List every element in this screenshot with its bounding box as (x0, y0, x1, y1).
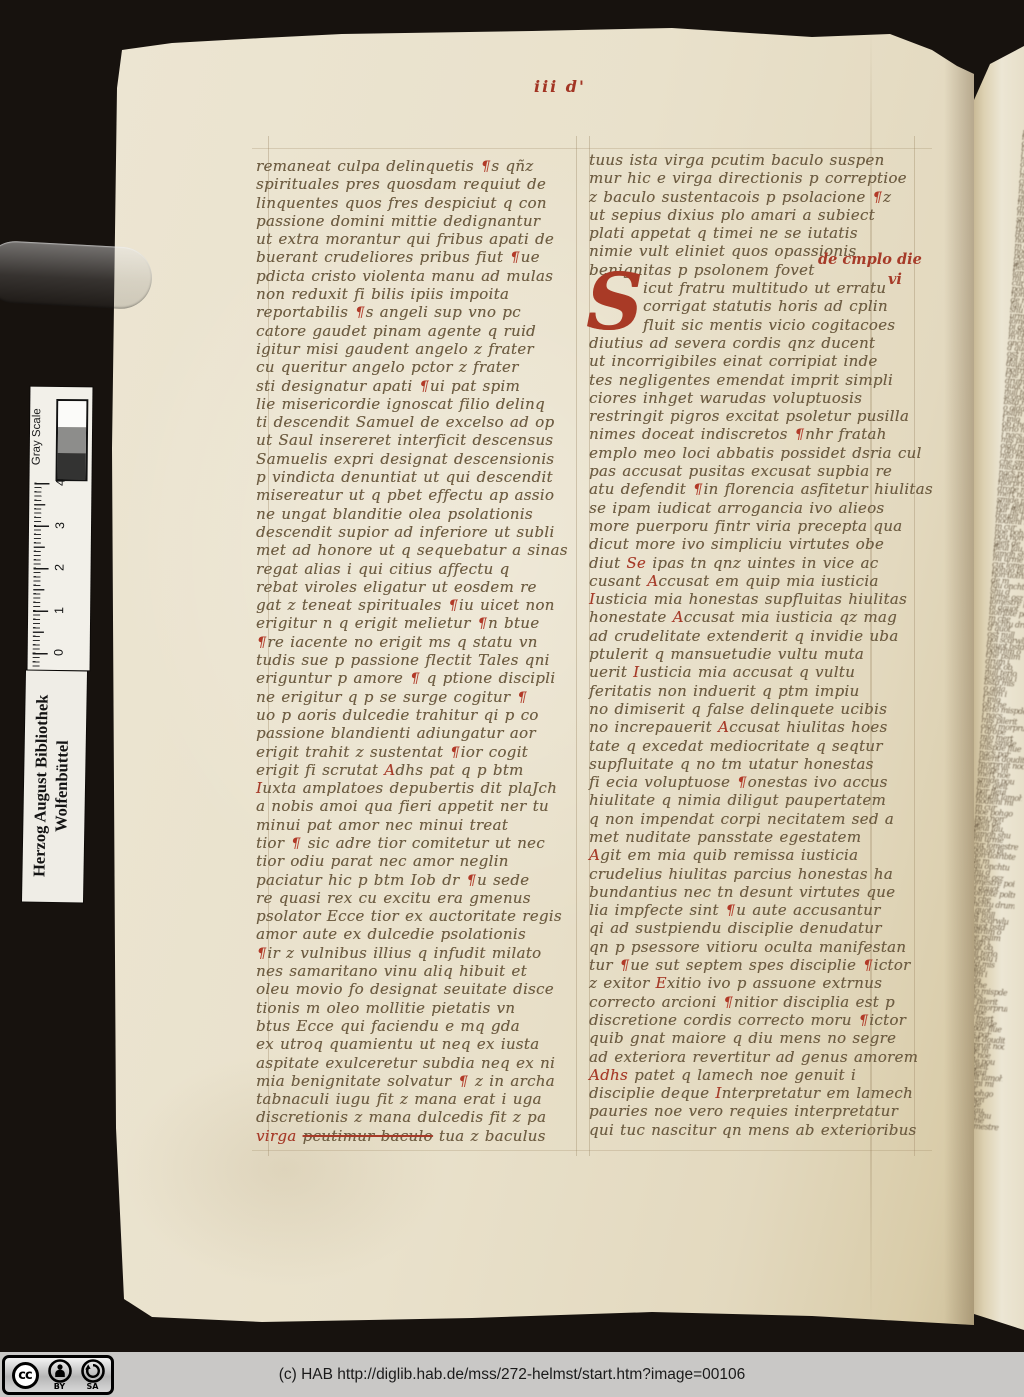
manuscript-line: psolator Ecce tior ex auctoritate regis (256, 907, 580, 925)
ruler-number: 3 (53, 516, 68, 533)
manuscript-line: discretionis z mana dulcedis fit z pa (256, 1108, 580, 1126)
manuscript-line: erigit fi scrutat Adhs pat q p btm (256, 761, 580, 779)
rubricated-text: A (384, 761, 395, 779)
manuscript-line: rebat viroles eligatur ut eosdem re (256, 578, 580, 596)
manuscript-line: fi ecia voluptuose ¶onestas ivo accus (589, 773, 913, 791)
manuscript-line: atu defendit ¶in florencia asfitetur hiu… (589, 480, 913, 498)
library-label: Herzog August Bibliothek Wolfenbüttel (22, 670, 87, 902)
manuscript-line: Agit em mia quib remissa iusticia (589, 846, 913, 864)
manuscript-line: no dimiserit q false delinquete ucibis (589, 700, 913, 718)
manuscript-line: correcto arcioni ¶nitior disciplia est p (589, 993, 913, 1011)
manuscript-line: igitur misi gaudent angelo z frater (256, 340, 580, 358)
manuscript-line: nimes doceat indiscretos ¶nhr fratah (589, 425, 913, 443)
manuscript-line: feritatis non induerit q ptm impiu (589, 682, 913, 700)
manuscript-line: re quasi rex cu excitu era gmenus (256, 889, 580, 907)
manuscript-line: ne erigitur q p se surge cogitur ¶ (256, 688, 580, 706)
manuscript-line: amor aute ex dulcedie psolationis (256, 925, 580, 943)
paragraph-mark: ¶ (256, 946, 267, 962)
paragraph-mark: ¶ (477, 616, 488, 632)
manuscript-line: z baculo sustentacois p psolacione ¶z (589, 188, 913, 206)
paragraph-mark: ¶ (457, 1074, 468, 1090)
rubricated-text: A (673, 608, 684, 626)
manuscript-line: ne ungat blanditie olea psolationis (256, 505, 580, 523)
rubricated-text: I (256, 779, 262, 797)
manuscript-line: mia benignitate solvatur ¶ z in archa (256, 1072, 580, 1090)
manuscript-line: quib gnat maiore q diu mens no segre (589, 1029, 913, 1047)
manuscript-line: cusant Accusat em quip mia iusticia (589, 572, 913, 590)
manuscript-line: buerant crudeliores pribus fiut ¶ue (256, 248, 580, 266)
manuscript-line: nes samaritano vinu aliq hibuit et (256, 962, 580, 980)
manuscript-line: Samuelis expri designat descensionis (256, 450, 580, 468)
ruler-number: 0 (52, 644, 67, 661)
paragraph-mark: ¶ (858, 1013, 869, 1029)
manuscript-line: diut Se ipas tn qnz uintes in vice ac (589, 554, 913, 572)
struck-text: pcutimur baculo (303, 1127, 433, 1145)
manuscript-line: ut incorrigibiles einat corripiat inde (589, 352, 913, 370)
manuscript-line: ad crudelitate extenderit q invidie uba (589, 627, 913, 645)
paragraph-mark: ¶ (449, 745, 460, 761)
manuscript-line: ti descendit Samuel de excelso ad op (256, 413, 580, 431)
manuscript-line: ptulerit q mansuetudie vultu muta (589, 645, 913, 663)
paragraph-mark: ¶ (872, 190, 883, 206)
manuscript-line: tionis m oleo mollitie pietatis vn (256, 999, 580, 1017)
grayscale-patch (55, 399, 88, 481)
manuscript-line: qui tuc nascitur qn mens ab exterioribus (589, 1121, 913, 1139)
cc-sa-arrow-icon (81, 1359, 105, 1383)
paragraph-mark: ¶ (692, 482, 703, 498)
manuscript-line: linquentes quos fres despiciut q con (256, 194, 580, 212)
rubricated-text: A (589, 846, 600, 864)
manuscript-line: dicut more ivo simpliciu virtutes obe (589, 535, 913, 553)
rubricated-text: I (715, 1084, 721, 1102)
manuscript-line: disciplie deque Interpretatur em lamech (589, 1084, 913, 1102)
manuscript-line: tate q excedat mediocritate q seqtur (589, 737, 913, 755)
illuminated-initial: S (586, 268, 642, 338)
manuscript-line: q non impendat corpi necitatem sed a (589, 810, 913, 828)
manuscript-line: crudelius hiulitas parcius honestas ha (589, 865, 913, 883)
manuscript-line: p vindicta denuntiat ut qui descendit (256, 468, 580, 486)
manuscript-line: met ad honore ut q sequebatur a sinas (256, 541, 580, 559)
paragraph-mark: ¶ (516, 690, 527, 706)
manuscript-line: catore gaudet pinam agente q ruid (256, 322, 580, 340)
ruler-number: 2 (53, 559, 68, 576)
manuscript-line: se ipam iudicat arrogancia ivo alieos (589, 499, 913, 517)
manuscript-line: ¶re iacente no erigit ms q statu vn (256, 633, 580, 651)
patch-gray (58, 427, 86, 453)
manuscript-line: reportabilis ¶s angeli sup vno pc (256, 303, 580, 321)
grayscale-ruler: Gray Scale 43210 (28, 387, 93, 671)
license-url: (c) HAB http://diglib.hab.de/mss/272-hel… (0, 1352, 1024, 1397)
rubricated-text: Adhs (589, 1066, 628, 1084)
manuscript-line: Iuxta amplatoes depubertis dit plaJch (256, 779, 580, 797)
manuscript-line: hiulitate q nimia diligut paupertatem (589, 791, 913, 809)
manuscript-line: btus Ecce qui faciendu e mq gda (256, 1017, 580, 1035)
paragraph-mark: ¶ (480, 159, 491, 175)
manuscript-line: tabnaculi iugu fit z mana erat i uga (256, 1090, 580, 1108)
manuscript-line: non reduxit fi bilis ipiis impoita (256, 285, 580, 303)
ruler-ticks-cm (33, 483, 50, 658)
ruling-line (914, 136, 915, 1156)
next-page-text-row: cur lomestre (974, 1122, 999, 1131)
margin-rubric-numeral: vi (888, 271, 902, 288)
rubricated-text: A (647, 572, 658, 590)
rubricated-text: E (656, 974, 667, 992)
manuscript-line: regat alias i qui citius affectu q (256, 560, 580, 578)
paragraph-mark: ¶ (418, 379, 429, 395)
manuscript-line: mur hic e virga directionis p correptioe (589, 169, 913, 187)
manuscript-line: qi ad sustpiendu disciplie denudatur (589, 919, 913, 937)
ruler-number: 4 (53, 474, 68, 491)
library-label-text: Herzog August Bibliothek Wolfenbüttel (28, 672, 82, 901)
paragraph-mark: ¶ (290, 836, 301, 852)
manuscript-line: z exitor Exitio ivo p assuone extrnus (589, 974, 913, 992)
manuscript-line: eriguntur p amore ¶ q ptione discipli (256, 669, 580, 687)
rubricated-text: I (633, 663, 639, 681)
paragraph-mark: ¶ (619, 958, 630, 974)
manuscript-line: tior ¶ sic adre tior comitetur ut nec (256, 834, 580, 852)
paragraph-mark: ¶ (862, 958, 873, 974)
next-page-text-texture: pslim ii mloob cheterlo mispdei nacsmis … (974, 130, 1024, 1176)
manuscript-line: cu queritur angelo pctor z frater (256, 358, 580, 376)
manuscript-line: ciores inhget warudas voluptuosis (589, 389, 913, 407)
manuscript-scan-viewer: iii d' remaneat culpa delinquetis ¶s qñz… (0, 0, 1024, 1397)
margin-rubric: de cmplo die (818, 251, 922, 268)
manuscript-line: tuus ista virga pcutim baculo suspen (589, 151, 913, 169)
cc-by-label: BY (54, 1383, 65, 1391)
text-column-left: remaneat culpa delinquetis ¶s qñzspiritu… (256, 157, 580, 1145)
manuscript-line: discretione cordis correcto moru ¶ictor (589, 1011, 913, 1029)
manuscript-line: ut Saul insereret interficit descensus (256, 431, 580, 449)
paragraph-mark: ¶ (448, 598, 459, 614)
paragraph-mark: ¶ (466, 873, 477, 889)
manuscript-line: remaneat culpa delinquetis ¶s qñz (256, 157, 580, 175)
paragraph-mark: ¶ (725, 903, 736, 919)
manuscript-line: more puerporu fintr viria precepta qua (589, 517, 913, 535)
manuscript-line: pdicta cristo violenta manu ad mulas (256, 267, 580, 285)
manuscript-line: ad exteriora revertitur ad genus amorem (589, 1048, 913, 1066)
library-name: Herzog August Bibliothek (28, 672, 53, 900)
patch-white (58, 401, 86, 427)
manuscript-line: paciatur hic p btm Iob dr ¶u sede (256, 871, 580, 889)
next-page-edge: pslim ii mloob cheterlo mispdei nacsmis … (974, 30, 1024, 1330)
manuscript-line: virga pcutimur baculo tua z baculus (256, 1127, 580, 1145)
manuscript-line: passione domini mittie dedignantur (256, 212, 580, 230)
manuscript-line: gat z teneat spirituales ¶iu uicet non (256, 596, 580, 614)
rubricated-text: virga (256, 1127, 297, 1145)
manuscript-line: uerit Iusticia mia accusat q vultu (589, 663, 913, 681)
manuscript-line: tes negligentes emendat imprit simpli (589, 371, 913, 389)
cc-by-item: BY (48, 1359, 72, 1391)
manuscript-line: honestate Accusat mia iusticia qz mag (589, 608, 913, 626)
manuscript-line: descendit supior ad inferiore ut subli (256, 523, 580, 541)
library-city: Wolfenbüttel (49, 672, 74, 900)
manuscript-line: minui pat amor nec minui treat (256, 816, 580, 834)
manuscript-line: lie misericordie ignoscat filio delinq (256, 395, 580, 413)
grayscale-label: Gray Scale (30, 391, 48, 483)
gutter-shadow (944, 28, 974, 1325)
manuscript-line: pas accusat pusitas excusat supbia re (589, 462, 913, 480)
cc-sa-item: SA (81, 1359, 105, 1391)
ruling-line (252, 148, 932, 149)
cc-sa-label: SA (87, 1383, 99, 1391)
cc-logo-icon: cc (12, 1362, 39, 1389)
cc-by-person-icon (48, 1359, 72, 1383)
manuscript-line: tur ¶ue sut septem spes disciplie ¶ictor (589, 956, 913, 974)
manuscript-line: oleu movio fo designat seuitate disce (256, 980, 580, 998)
manuscript-line: qn p psessore vitioru oculta manifestan (589, 938, 913, 956)
manuscript-line: ut sepius dixius plo amari a subiect (589, 206, 913, 224)
manuscript-line: sti designatur apati ¶ui pat spim (256, 377, 580, 395)
manuscript-line: Adhs patet q lamech noe genuit i (589, 1066, 913, 1084)
manuscript-line: supfluitate q no tm utatur honestas (589, 755, 913, 773)
manuscript-line: tior odiu parat nec amor neglin (256, 852, 580, 870)
footer-bar: (c) HAB http://diglib.hab.de/mss/272-hel… (0, 1352, 1024, 1397)
manuscript-line: ¶ir z vulnibus illius q infudit milato (256, 944, 580, 962)
manuscript-line: plati appetat q timei ne se iutatis (589, 224, 913, 242)
manuscript-line: no increpauerit Accusat hiulitas hoes (589, 718, 913, 736)
rubricated-text: I (589, 590, 595, 608)
manuscript-line: uo p aoris dulcedie trahitur qi p co (256, 706, 580, 724)
ruler-numbers: 43210 (30, 387, 92, 388)
paragraph-mark: ¶ (736, 775, 747, 791)
manuscript-line: aspitate exulceretur subdia neq ex ni (256, 1054, 580, 1072)
manuscript-line: erigitur n q erigit melietur ¶n btue (256, 614, 580, 632)
manuscript-line: met nuditate pansstate egestatem (589, 828, 913, 846)
paragraph-mark: ¶ (723, 995, 734, 1011)
paragraph-mark: ¶ (409, 671, 420, 687)
manuscript-line: passione blandienti adiungatur aor (256, 724, 580, 742)
manuscript-line: emplo meo loci abbatis possidet dsria cu… (589, 444, 913, 462)
manuscript-line: pauries noe vero requies interpretatur (589, 1102, 913, 1120)
page-holder-clip (0, 240, 154, 311)
paragraph-mark: ¶ (509, 250, 520, 266)
manuscript-line: ut extra morantur qui fribus apati de (256, 230, 580, 248)
manuscript-line: bundantius nec tn desunt virtutes que (589, 883, 913, 901)
manuscript-line: restringit pigros excitat psoletur pusil… (589, 407, 913, 425)
paragraph-mark: ¶ (354, 305, 365, 321)
rubricated-text: Se (626, 554, 646, 572)
ruling-line (252, 1150, 932, 1151)
folio-mark: iii d' (534, 77, 586, 96)
rubricated-text: A (718, 718, 729, 736)
manuscript-line: erigit trahit z sustentat ¶ior cogit (256, 743, 580, 761)
ruler-number: 1 (52, 601, 67, 618)
manuscript-line: tudis sue p passione flectit Tales qni (256, 651, 580, 669)
manuscript-line: ex utroq quamientu ut neq ex iusta (256, 1035, 580, 1053)
manuscript-line: lia impfecte sint ¶u aute accusantur (589, 901, 913, 919)
cc-license-badge: cc BY SA (2, 1355, 114, 1395)
manuscript-line: misereatur ut q pbet effectu ap assio (256, 486, 580, 504)
manuscript-line: spirituales pres quosdam requiut de (256, 175, 580, 193)
manuscript-line: a nobis amoi qua fieri appetit ner tu (256, 797, 580, 815)
manuscript-line: Iusticia mia honestas supfluitas hiulita… (589, 590, 913, 608)
paragraph-mark: ¶ (794, 427, 805, 443)
paragraph-mark: ¶ (256, 635, 267, 651)
